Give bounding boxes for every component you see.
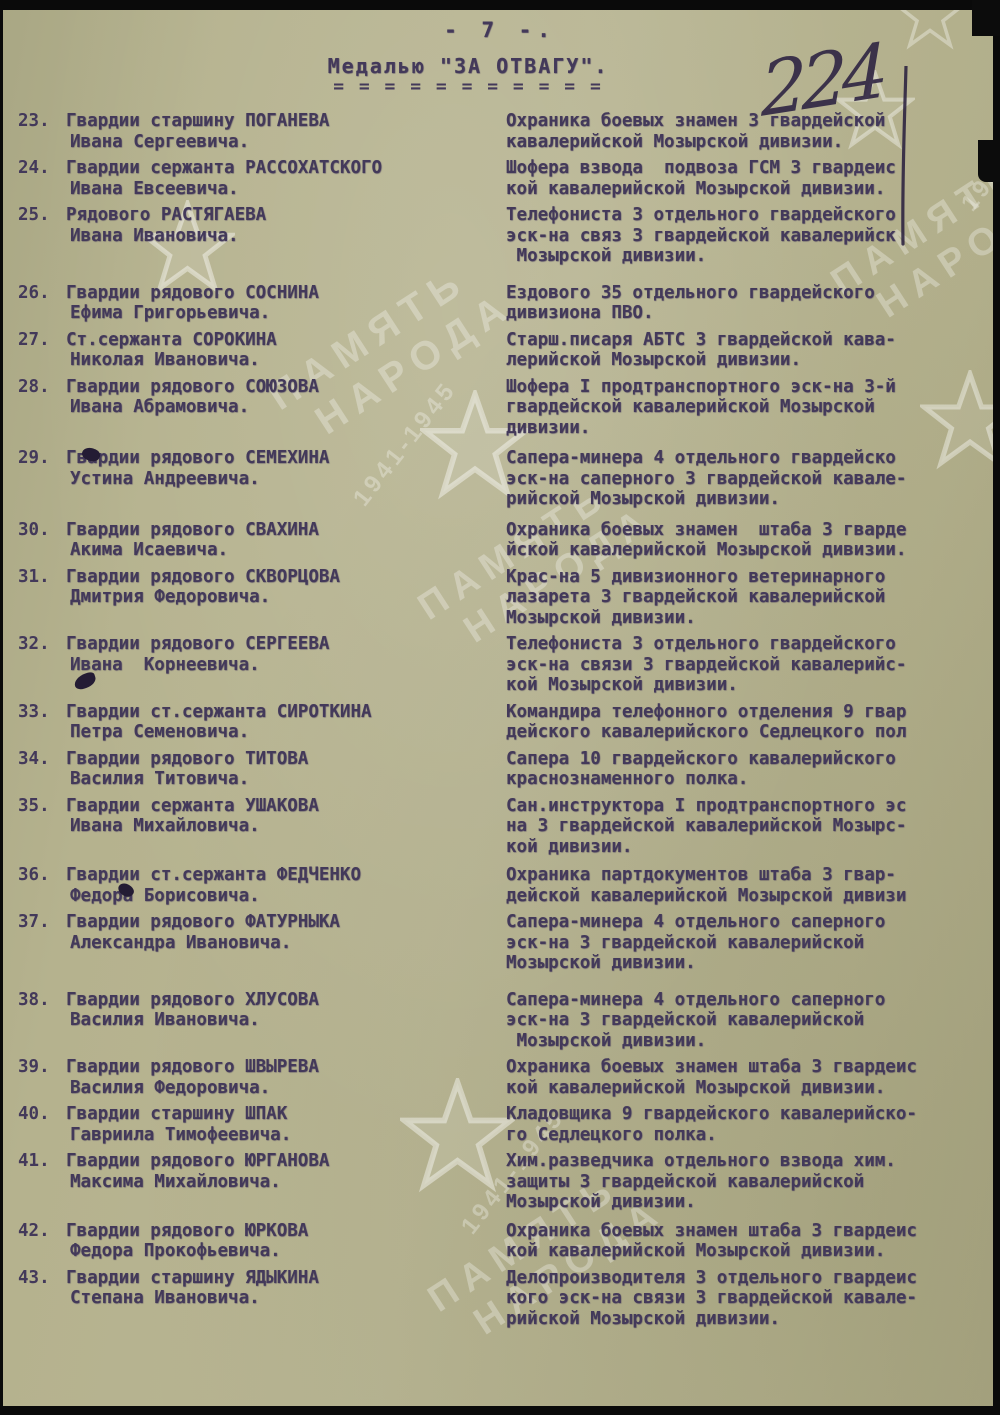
entries-list: 23. Гвардии старшину ПОГАНЕВАИвана Серге…: [0, 97, 1000, 1329]
entry-duty: Телефониста 3 отдельного гвардейскогоэск…: [506, 634, 1000, 696]
entry-name-line: Гвардии старшину ШПАК: [66, 1104, 506, 1125]
entry-name-line: Степана Ивановича.: [66, 1288, 506, 1309]
entry-duty-line: Охраника партдокументов штаба 3 гвар-: [506, 865, 998, 886]
scan-corner-blot: [972, 0, 1000, 36]
entry-duty-line: Мозырской дивизии.: [506, 1192, 998, 1213]
entry-row: 40. Гвардии старшину ШПАКГавриила Тимофе…: [18, 1104, 1000, 1145]
entry-duty-line: кой кавалерийской Мозырской дивизии.: [506, 1241, 998, 1262]
entry-row: 29. Гвардии рядового СЕМЕХИНАУстина Андр…: [18, 448, 1000, 510]
entry-duty-line: Мозырской дивизии.: [506, 246, 998, 267]
entry-duty-line: дивизиона ПВО.: [506, 303, 998, 324]
entry-duty-line: рийской Мозырской дивизии.: [506, 489, 998, 510]
entry-name: Гвардии рядового ШВЫРЕВАВасилия Федорови…: [66, 1057, 506, 1098]
entry-row: 27. Ст.сержанта СОРОКИНАНиколая Иванович…: [18, 330, 1000, 371]
entry-row: 35. Гвардии сержанта УШАКОВАИвана Михайл…: [18, 796, 1000, 858]
entry-row: 26. Гвардии рядового СОСНИНАЕфима Григор…: [18, 283, 1000, 324]
entry-duty: Охраника боевых знамен штаба 3 гвардеиск…: [506, 1057, 1000, 1098]
entry-name-line: Василия Ивановича.: [66, 1010, 506, 1031]
entry-number: 31.: [18, 567, 66, 587]
entry-name: Гвардии рядового ЮРКОВАФедора Прокофьеви…: [66, 1221, 506, 1262]
entry-row: 30. Гвардии рядового СВАХИНААкима Исаеви…: [18, 520, 1000, 561]
entry-name-line: Максима Михайловича.: [66, 1172, 506, 1193]
entry-name-line: Петра Семеновича.: [66, 722, 506, 743]
entry-duty-line: Сапера 10 гвардейского кавалерийского: [506, 749, 998, 770]
entry-name: Гвардии ст.сержанта ФЕДЧЕНКОФедора Борис…: [66, 865, 506, 906]
entry-name-line: Гвардии рядового ФАТУРНЫКА: [66, 912, 506, 933]
entry-name-line: Александра Ивановича.: [66, 933, 506, 954]
entry-name-line: Василия Федоровича.: [66, 1078, 506, 1099]
entry-name-line: Николая Ивановича.: [66, 350, 506, 371]
entry-duty-line: эск-на 3 гвардейской кавалерийской: [506, 1010, 998, 1031]
entry-name-line: Ст.сержанта СОРОКИНА: [66, 330, 506, 351]
entry-number: 38.: [18, 990, 66, 1010]
entry-number: 43.: [18, 1268, 66, 1288]
entry-row: 23. Гвардии старшину ПОГАНЕВАИвана Серге…: [18, 111, 1000, 152]
entry-name-line: Василия Титовича.: [66, 769, 506, 790]
entry-name-line: Федора Прокофьевича.: [66, 1241, 506, 1262]
entry-name-line: Гвардии рядового СЕМЕХИНА: [66, 448, 506, 469]
entry-name-line: Гвардии сержанта УШАКОВА: [66, 796, 506, 817]
entry-duty: Хим.разведчика отдельного взвода хим.защ…: [506, 1151, 1000, 1213]
entry-duty-line: Шофера взвода подвоза ГСМ 3 гвардеис: [506, 158, 998, 179]
entry-number: 35.: [18, 796, 66, 816]
entry-duty-line: Делопроизводителя 3 отдельного гвардеис: [506, 1268, 998, 1289]
entry-duty: Кладовщика 9 гвардейского кавалерийско-г…: [506, 1104, 1000, 1145]
entry-name-line: Гвардии рядового ТИТОВА: [66, 749, 506, 770]
entry-name-line: Гвардии старшину ЯДЫКИНА: [66, 1268, 506, 1289]
entry-duty-line: кавалерийской Мозырской дивизии.: [506, 132, 998, 153]
entry-name-line: Гвардии рядового ШВЫРЕВА: [66, 1057, 506, 1078]
doc-title: Медалью "ЗА ОТВАГУ".: [0, 54, 968, 78]
entry-duty: Крас-на 5 дивизионного ветеринарноголаза…: [506, 567, 1000, 629]
page-number: - 7 -.: [0, 18, 1000, 42]
scan-edge-bottom: [0, 1406, 1000, 1415]
entry-number: 39.: [18, 1057, 66, 1077]
entry-name-line: Дмитрия Федоровича.: [66, 587, 506, 608]
entry-name-line: Гвардии рядового ЮРГАНОВА: [66, 1151, 506, 1172]
entry-duty-line: рийской Мозырской дивизии.: [506, 1309, 998, 1330]
entry-name-line: Гвардии рядового СОЮЗОВА: [66, 377, 506, 398]
entry-number: 34.: [18, 749, 66, 769]
entry-duty-line: дейской кавалерийской Мозырской дивизи: [506, 886, 998, 907]
entry-number: 37.: [18, 912, 66, 932]
entry-duty-line: го Седлецкого полка.: [506, 1125, 998, 1146]
entry-duty: Старш.писаря АБТС 3 гвардейской кава-лер…: [506, 330, 1000, 371]
entry-number: 36.: [18, 865, 66, 885]
entry-row: 39. Гвардии рядового ШВЫРЕВАВасилия Федо…: [18, 1057, 1000, 1098]
entry-duty-line: Командира телефонного отделения 9 гвар: [506, 702, 998, 723]
entry-name: Гвардии рядового СЕРГЕЕВАИвана Корнеевич…: [66, 634, 506, 675]
entry-duty-line: Охраника боевых знамен штаба 3 гвардеис: [506, 1057, 998, 1078]
entry-duty-line: эск-на связ 3 гвардейской кавалерийск: [506, 226, 998, 247]
entry-duty-line: гвардейской кавалерийской Мозырской: [506, 397, 998, 418]
entry-duty: Сапера-минера 4 отдельного саперногоэск-…: [506, 912, 1000, 974]
entry-number: 41.: [18, 1151, 66, 1171]
entry-duty: Сапера 10 гвардейского кавалерийскогокра…: [506, 749, 1000, 790]
entry-row: 42. Гвардии рядового ЮРКОВАФедора Прокоф…: [18, 1221, 1000, 1262]
entry-duty: Телефониста 3 отдельного гвардейскогоэск…: [506, 205, 1000, 267]
entry-name-line: Гвардии ст.сержанта СИРОТКИНА: [66, 702, 506, 723]
entry-duty-line: кой Мозырской дивизии.: [506, 675, 998, 696]
entry-name-line: Ивана Евсеевича.: [66, 179, 506, 200]
entry-row: 37. Гвардии рядового ФАТУРНЫКААлександра…: [18, 912, 1000, 974]
entry-duty-line: Мозырской дивизии.: [506, 1031, 998, 1052]
entry-name-line: Ивана Сергеевича.: [66, 132, 506, 153]
entry-duty-line: Сапера-минера 4 отдельного гвардейско: [506, 448, 998, 469]
entry-duty-line: Сан.инструктора I продтранспортного эс: [506, 796, 998, 817]
entry-name: Гвардии рядового ФАТУРНЫКААлександра Ива…: [66, 912, 506, 953]
entry-duty-line: Мозырской дивизии.: [506, 953, 998, 974]
entry-name-line: Гвардии рядового СВАХИНА: [66, 520, 506, 541]
entry-duty-line: лазарета 3 гвардейской кавалерийской: [506, 587, 998, 608]
entry-row: 24. Гвардии сержанта РАССОХАТСКОГОИвана …: [18, 158, 1000, 199]
entry-name-line: Акима Исаевича.: [66, 540, 506, 561]
entry-name-line: Устина Андреевича.: [66, 469, 506, 490]
entry-duty-line: на 3 гвардейской кавалерийской Мозырс-: [506, 816, 998, 837]
entry-duty-line: Охраника боевых знамен штаба 3 гварде: [506, 520, 998, 541]
entry-duty-line: краснознаменного полка.: [506, 769, 998, 790]
entry-duty-line: Сапера-минера 4 отдельного саперного: [506, 912, 998, 933]
entry-row: 43. Гвардии старшину ЯДЫКИНАСтепана Иван…: [18, 1268, 1000, 1330]
entry-duty-line: Шофера I продтранспортного эск-на 3-й: [506, 377, 998, 398]
entry-name-line: Гвардии рядового СЕРГЕЕВА: [66, 634, 506, 655]
entry-name: Гвардии рядового СОСНИНАЕфима Григорьеви…: [66, 283, 506, 324]
entry-number: 28.: [18, 377, 66, 397]
entry-duty-line: Мозырской дивизии.: [506, 608, 998, 629]
entry-row: 34. Гвардии рядового ТИТОВАВасилия Титов…: [18, 749, 1000, 790]
title-underline: = = = = = = = = = = =: [0, 76, 968, 97]
entry-duty-line: Охраника боевых знамен штаба 3 гвардеис: [506, 1221, 998, 1242]
entry-duty-line: дейского кавалерийского Седлецкого пол: [506, 722, 998, 743]
page-header: - 7 -. Медалью "ЗА ОТВАГУ". = = = = = = …: [0, 0, 1000, 97]
entry-name: Гвардии рядового ТИТОВАВасилия Титовича.: [66, 749, 506, 790]
entry-name-line: Гвардии рядового СКВОРЦОВА: [66, 567, 506, 588]
entry-name: Гвардии сержанта РАССОХАТСКОГОИвана Евсе…: [66, 158, 506, 199]
entry-number: 25.: [18, 205, 66, 225]
entry-duty-line: Кладовщика 9 гвардейского кавалерийско-: [506, 1104, 998, 1125]
entry-row: 31. Гвардии рядового СКВОРЦОВАДмитрия Фе…: [18, 567, 1000, 629]
entry-name-line: Гвардии ст.сержанта ФЕДЧЕНКО: [66, 865, 506, 886]
entry-duty: Сапера-минера 4 отдельного гвардейскоэск…: [506, 448, 1000, 510]
entry-duty: Охраника боевых знамен 3 гвардейскойкава…: [506, 111, 1000, 152]
entry-duty-line: лерийской Мозырской дивизии.: [506, 350, 998, 371]
entry-name: Гвардии рядового СВАХИНААкима Исаевича.: [66, 520, 506, 561]
entry-number: 24.: [18, 158, 66, 178]
entry-number: 23.: [18, 111, 66, 131]
entry-duty-line: Ездового 35 отдельного гвардейского: [506, 283, 998, 304]
entry-duty-line: Телефониста 3 отдельного гвардейского: [506, 634, 998, 655]
entry-duty-line: Крас-на 5 дивизионного ветеринарного: [506, 567, 998, 588]
entry-name: Гвардии рядового СЕМЕХИНАУстина Андрееви…: [66, 448, 506, 489]
entry-name: Гвардии старшину ЯДЫКИНАСтепана Иванович…: [66, 1268, 506, 1309]
entry-name-line: Ефима Григорьевича.: [66, 303, 506, 324]
entry-name: Рядового РАСТЯГАЕВАИвана Ивановича.: [66, 205, 506, 246]
entry-number: 40.: [18, 1104, 66, 1124]
entry-duty-line: эск-на 3 гвардейской кавалерийской: [506, 933, 998, 954]
entry-duty: Шофера I продтранспортного эск-на 3-йгва…: [506, 377, 1000, 439]
entry-duty-line: Сапера-минера 4 отдельного саперного: [506, 990, 998, 1011]
entry-row: 33. Гвардии ст.сержанта СИРОТКИНАПетра С…: [18, 702, 1000, 743]
entry-name-line: Ивана Ивановича.: [66, 226, 506, 247]
entry-name-line: Ивана Михайловича.: [66, 816, 506, 837]
entry-duty: Охраника боевых знамен штаба 3 гвардеиск…: [506, 1221, 1000, 1262]
entry-number: 30.: [18, 520, 66, 540]
entry-name-line: Гвардии рядового ХЛУСОВА: [66, 990, 506, 1011]
entry-name: Гвардии сержанта УШАКОВАИвана Михайлович…: [66, 796, 506, 837]
entry-duty-line: кой дивизии.: [506, 837, 998, 858]
entry-row: 41. Гвардии рядового ЮРГАНОВАМаксима Мих…: [18, 1151, 1000, 1213]
entry-duty-line: йской кавалерийской Мозырской дивизии.: [506, 540, 998, 561]
entry-name: Гвардии рядового ХЛУСОВАВасилия Иванович…: [66, 990, 506, 1031]
entry-name-line: Рядового РАСТЯГАЕВА: [66, 205, 506, 226]
entry-row: 36. Гвардии ст.сержанта ФЕДЧЕНКОФедора Б…: [18, 865, 1000, 906]
entry-duty-line: дивизии.: [506, 418, 998, 439]
entry-name: Гвардии старшину ШПАКГавриила Тимофеевич…: [66, 1104, 506, 1145]
entry-name: Гвардии рядового СКВОРЦОВАДмитрия Федоро…: [66, 567, 506, 608]
entry-duty-line: защиты 3 гвардейской кавалерийской: [506, 1172, 998, 1193]
entry-duty: Шофера взвода подвоза ГСМ 3 гвардеиской …: [506, 158, 1000, 199]
entry-duty-line: эск-на саперного 3 гвардейской кавале-: [506, 469, 998, 490]
entry-number: 27.: [18, 330, 66, 350]
entry-duty-line: кой кавалерийской Мозырской дивизии.: [506, 1078, 998, 1099]
entry-duty: Сапера-минера 4 отдельного саперногоэск-…: [506, 990, 1000, 1052]
entry-name-line: Гавриила Тимофеевича.: [66, 1125, 506, 1146]
entry-number: 42.: [18, 1221, 66, 1241]
entry-number: 26.: [18, 283, 66, 303]
entry-name-line: Гвардии старшину ПОГАНЕВА: [66, 111, 506, 132]
entry-row: 25. Рядового РАСТЯГАЕВАИвана Ивановича. …: [18, 205, 1000, 267]
entry-name: Гвардии рядового ЮРГАНОВАМаксима Михайло…: [66, 1151, 506, 1192]
entry-duty-line: Старш.писаря АБТС 3 гвардейской кава-: [506, 330, 998, 351]
entry-duty-line: эск-на связи 3 гвардейской кавалерийс-: [506, 655, 998, 676]
entry-name-line: Гвардии рядового ЮРКОВА: [66, 1221, 506, 1242]
scan-edge-right: [993, 0, 1000, 1415]
entry-duty-line: Хим.разведчика отдельного взвода хим.: [506, 1151, 998, 1172]
entry-number: 33.: [18, 702, 66, 722]
entry-name-line: Ивана Абрамовича.: [66, 397, 506, 418]
entry-name-line: Гвардии рядового СОСНИНА: [66, 283, 506, 304]
entry-row: 38. Гвардии рядового ХЛУСОВАВасилия Иван…: [18, 990, 1000, 1052]
scan-edge-left: [0, 0, 3, 1415]
entry-duty: Ездового 35 отдельного гвардейскогодивиз…: [506, 283, 1000, 324]
entry-name-line: Гвардии сержанта РАССОХАТСКОГО: [66, 158, 506, 179]
entry-name: Гвардии старшину ПОГАНЕВАИвана Сергеевич…: [66, 111, 506, 152]
entry-duty: Делопроизводителя 3 отдельного гвардеиск…: [506, 1268, 1000, 1330]
entry-name: Ст.сержанта СОРОКИНАНиколая Ивановича.: [66, 330, 506, 371]
entry-duty: Командира телефонного отделения 9 гварде…: [506, 702, 1000, 743]
entry-row: 28. Гвардии рядового СОЮЗОВАИвана Абрамо…: [18, 377, 1000, 439]
entry-name-line: Ивана Корнеевича.: [66, 655, 506, 676]
entry-duty-line: кого эск-на связи 3 гвардейской кавале-: [506, 1288, 998, 1309]
entry-name: Гвардии рядового СОЮЗОВАИвана Абрамовича…: [66, 377, 506, 418]
entry-duty-line: Телефониста 3 отдельного гвардейского: [506, 205, 998, 226]
entry-duty-line: Охраника боевых знамен 3 гвардейской: [506, 111, 998, 132]
entry-duty: Охраника боевых знамен штаба 3 гвардейск…: [506, 520, 1000, 561]
entry-row: 32. Гвардии рядового СЕРГЕЕВАИвана Корне…: [18, 634, 1000, 696]
entry-name: Гвардии ст.сержанта СИРОТКИНАПетра Семен…: [66, 702, 506, 743]
entry-duty-line: кой кавалерийской Мозырской дивизии.: [506, 179, 998, 200]
entry-number: 32.: [18, 634, 66, 654]
entry-duty: Сан.инструктора I продтранспортного эсна…: [506, 796, 1000, 858]
scan-edge-notch: [978, 140, 1000, 182]
document-scan: ПАМЯТЬ НАРОДА ПАМЯТЬ НАРОДА ПАМЯТЬ НАРОД…: [0, 0, 1000, 1415]
entry-duty: Охраника партдокументов штаба 3 гвар-дей…: [506, 865, 1000, 906]
scan-edge-top: [0, 0, 1000, 10]
entry-number: 29.: [18, 448, 66, 468]
